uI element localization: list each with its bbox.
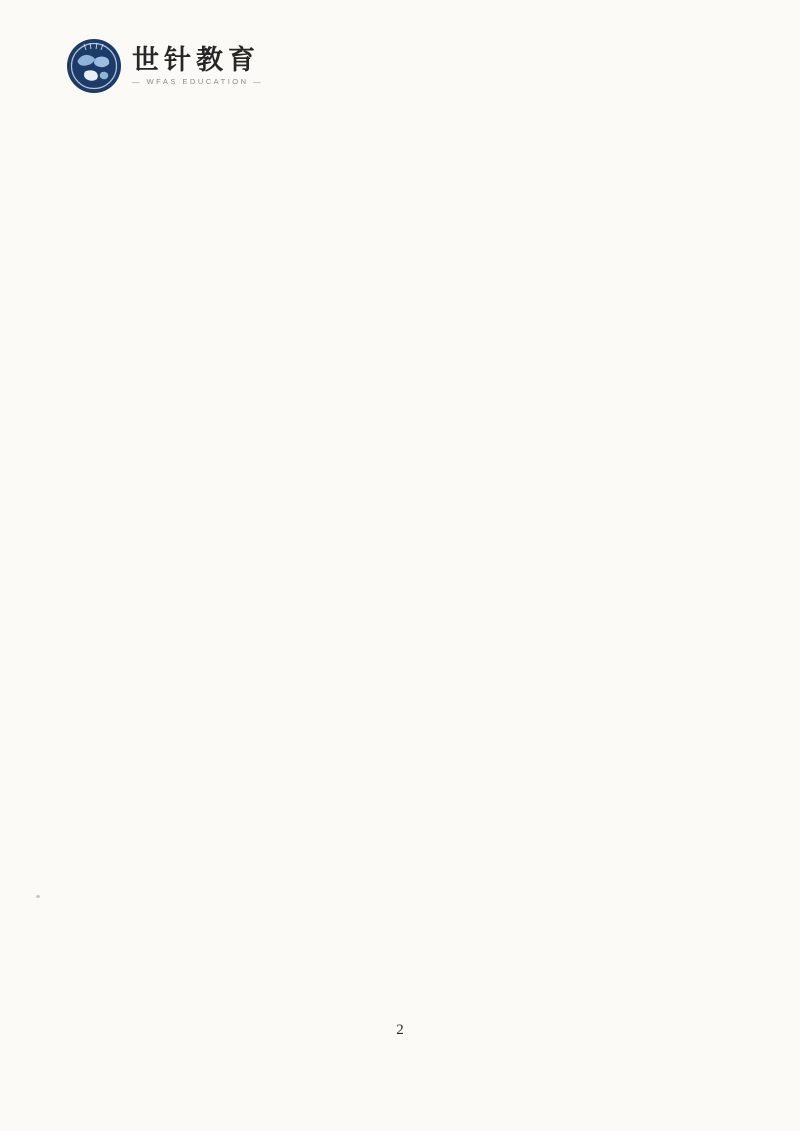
- document-page: 世针教育 — WFAS EDUCATION — 2: [0, 0, 800, 1131]
- globe-logo-icon: [66, 38, 122, 94]
- logo: 世针教育 — WFAS EDUCATION —: [66, 38, 263, 94]
- brand-name-en: — WFAS EDUCATION —: [132, 77, 263, 86]
- brand-name-cn: 世针教育: [132, 46, 263, 76]
- scan-artifact-dot: [36, 895, 40, 898]
- brand-text-block: 世针教育 — WFAS EDUCATION —: [132, 46, 263, 87]
- page-number: 2: [0, 1022, 800, 1039]
